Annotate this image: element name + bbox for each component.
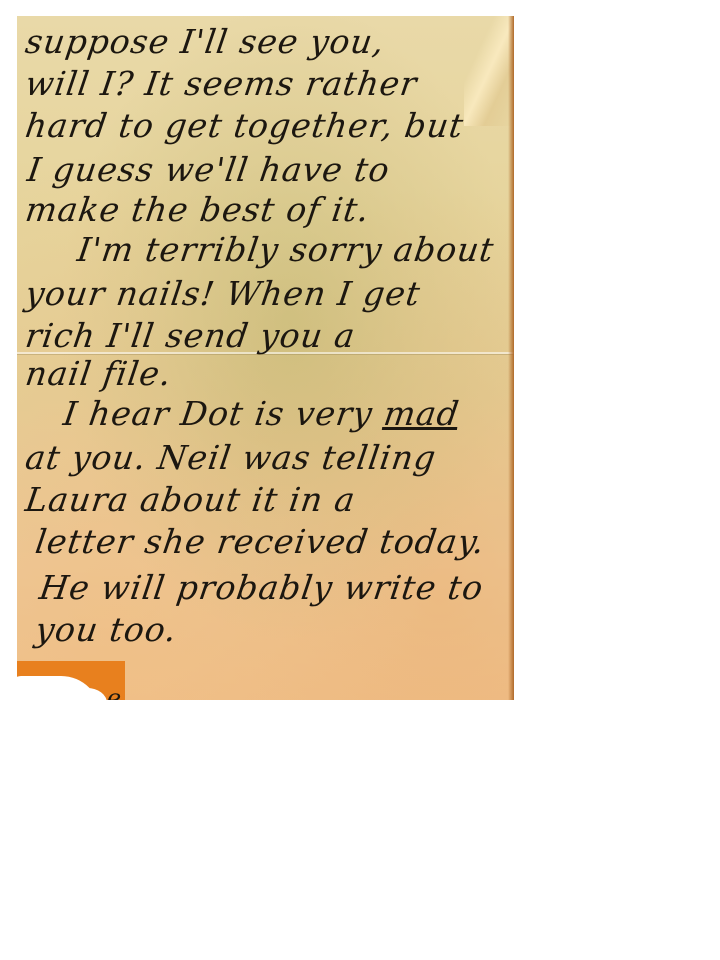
text-line: Laura about it in a xyxy=(23,480,358,519)
text-line: your nails! When I get xyxy=(23,274,423,313)
text-line: suppose I'll see you, xyxy=(23,22,387,61)
text-line: you too. xyxy=(33,610,180,649)
text-line: I guess we'll have to xyxy=(25,150,392,189)
text-line: letter she received today. xyxy=(33,522,487,561)
text-line: hard to get together, but xyxy=(23,106,466,145)
text-line: rich I'll send you a xyxy=(23,316,358,355)
text-line: make the best of it. xyxy=(23,190,372,229)
letter-paper: suppose I'll see you, will I? It seems r… xyxy=(17,16,514,700)
page: suppose I'll see you, will I? It seems r… xyxy=(0,0,720,960)
text-line: nail file. xyxy=(23,354,174,393)
text-line: I hear Dot is very mad xyxy=(61,394,462,433)
text-line: will I? It seems rather xyxy=(23,64,420,103)
text-fragment: I hear Dot is very xyxy=(61,394,387,433)
text-line: He will probably write to xyxy=(37,568,486,607)
folded-corner xyxy=(464,16,514,126)
text-line: I'm terribly sorry about xyxy=(75,230,497,269)
torn-text-fragment: e xyxy=(107,684,121,700)
text-line: at you. Neil was telling xyxy=(23,438,439,477)
underlined-word: mad xyxy=(381,394,462,433)
